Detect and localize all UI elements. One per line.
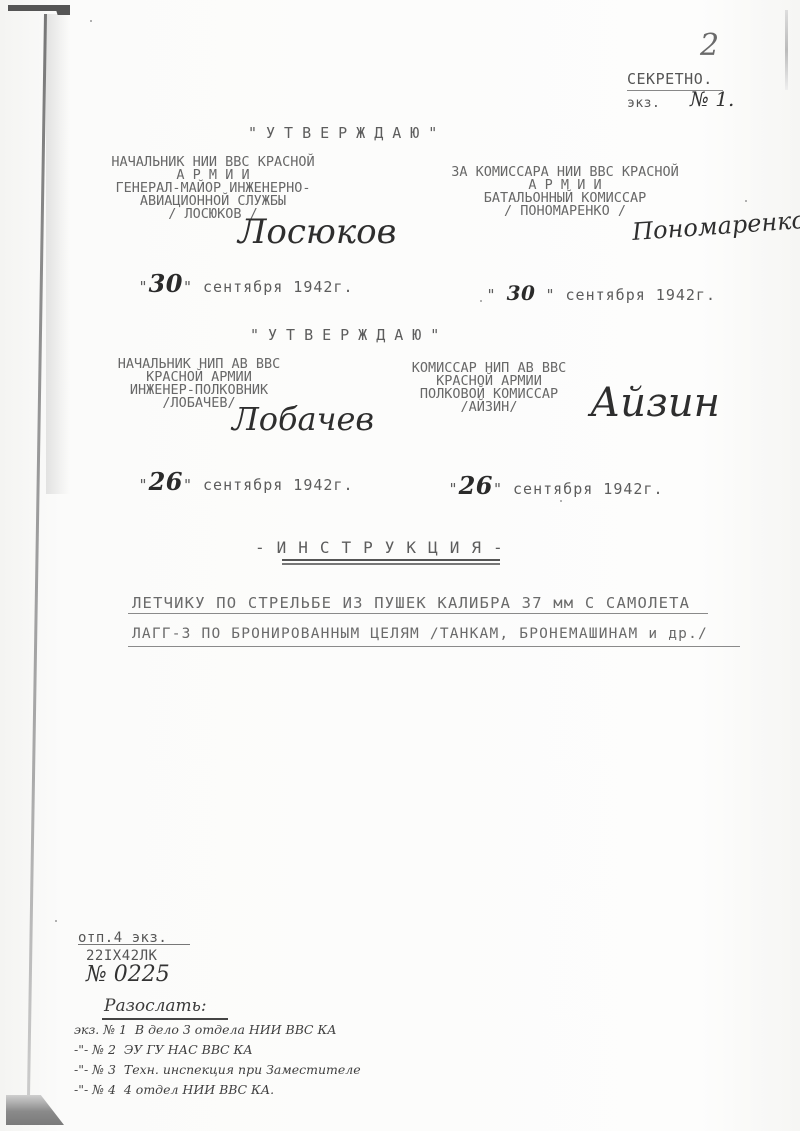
scan-speck [560, 500, 562, 502]
registration-number: № 0225 [86, 962, 170, 987]
date-top-right: " 30 " сентября 1942г. [446, 262, 716, 324]
approval-line: /АЙЗИН/ [384, 401, 594, 414]
date-bottom-left: "26" сентября 1942г. [98, 448, 354, 515]
document-title: -ИНСТРУКЦИЯ- [255, 538, 515, 557]
copy-label: экз. [627, 96, 660, 111]
distribution-underline [102, 1018, 228, 1020]
date-text: сентября 1942г. [513, 480, 663, 498]
scan-speck [745, 200, 747, 202]
scan-streak [785, 10, 788, 90]
print-info-underline [78, 944, 190, 945]
scan-corner-bottom [6, 1095, 64, 1125]
subject-line-2: ЛАГГ-3 ПО БРОНИРОВАННЫМ ЦЕЛЯМ /ТАНКАМ, Б… [132, 626, 708, 642]
page-number: 2 [700, 28, 719, 63]
approval-top-right: ЗА КОМИССАРА НИИ ВВС КРАСНОЙ А Р М И И Б… [405, 166, 725, 218]
approval-heading-bottom: "УТВЕРЖДАЮ" [250, 326, 448, 344]
date-bottom-right: "26" сентября 1942г. [408, 452, 664, 519]
signature-top-left: Лосюков [238, 212, 396, 252]
distribution-heading: Разослать: [104, 996, 207, 1016]
approval-bottom-right: КОМИССАР НИП АВ ВВС КРАСНОЙ АРМИИ ПОЛКОВ… [384, 362, 594, 414]
title-underline [282, 559, 500, 561]
binding-edge [27, 14, 47, 1104]
classification-stamp: СЕКРЕТНО. [627, 70, 713, 88]
scan-speck [480, 300, 482, 302]
title-underline-second [282, 563, 500, 565]
date-text: сентября 1942г. [203, 278, 353, 296]
scan-speck [90, 20, 92, 22]
distribution-item: -"- № 3 Техн. инспекция при Заместителе [74, 1062, 361, 1077]
signature-bottom-left: Лобачев [232, 400, 374, 438]
subject-rule-2 [128, 646, 740, 647]
subject-line-1: ЛЕТЧИКУ ПО СТРЕЛЬБЕ ИЗ ПУШЕК КАЛИБРА 37 … [132, 594, 690, 612]
subject-rule-1 [128, 613, 708, 614]
date-text: сентября 1942г. [566, 286, 716, 304]
binding-shadow [46, 14, 70, 494]
date-day: 26 [459, 471, 493, 500]
date-day: 26 [149, 467, 183, 496]
date-day: 30 [149, 269, 183, 298]
distribution-item: экз. № 1 В дело 3 отдела НИИ ВВС КА [74, 1022, 337, 1037]
signature-bottom-right: Айзин [590, 380, 720, 426]
date-day: 30 [507, 281, 536, 305]
distribution-item: -"- № 2 ЭУ ГУ НАС ВВС КА [74, 1042, 253, 1057]
approval-heading-top: "УТВЕРЖДАЮ" [248, 124, 446, 142]
distribution-item: -"- № 4 4 отдел НИИ ВВС КА. [74, 1082, 274, 1097]
scan-speck [55, 920, 57, 922]
copy-number: № 1. [690, 87, 734, 111]
date-top-left: "30" сентября 1942г. [98, 250, 354, 317]
scan-corner-top [8, 5, 70, 15]
date-text: сентября 1942г. [203, 476, 353, 494]
document-page: 2 СЕКРЕТНО. экз. № 1. "УТВЕРЖДАЮ" НАЧАЛЬ… [0, 0, 800, 1131]
